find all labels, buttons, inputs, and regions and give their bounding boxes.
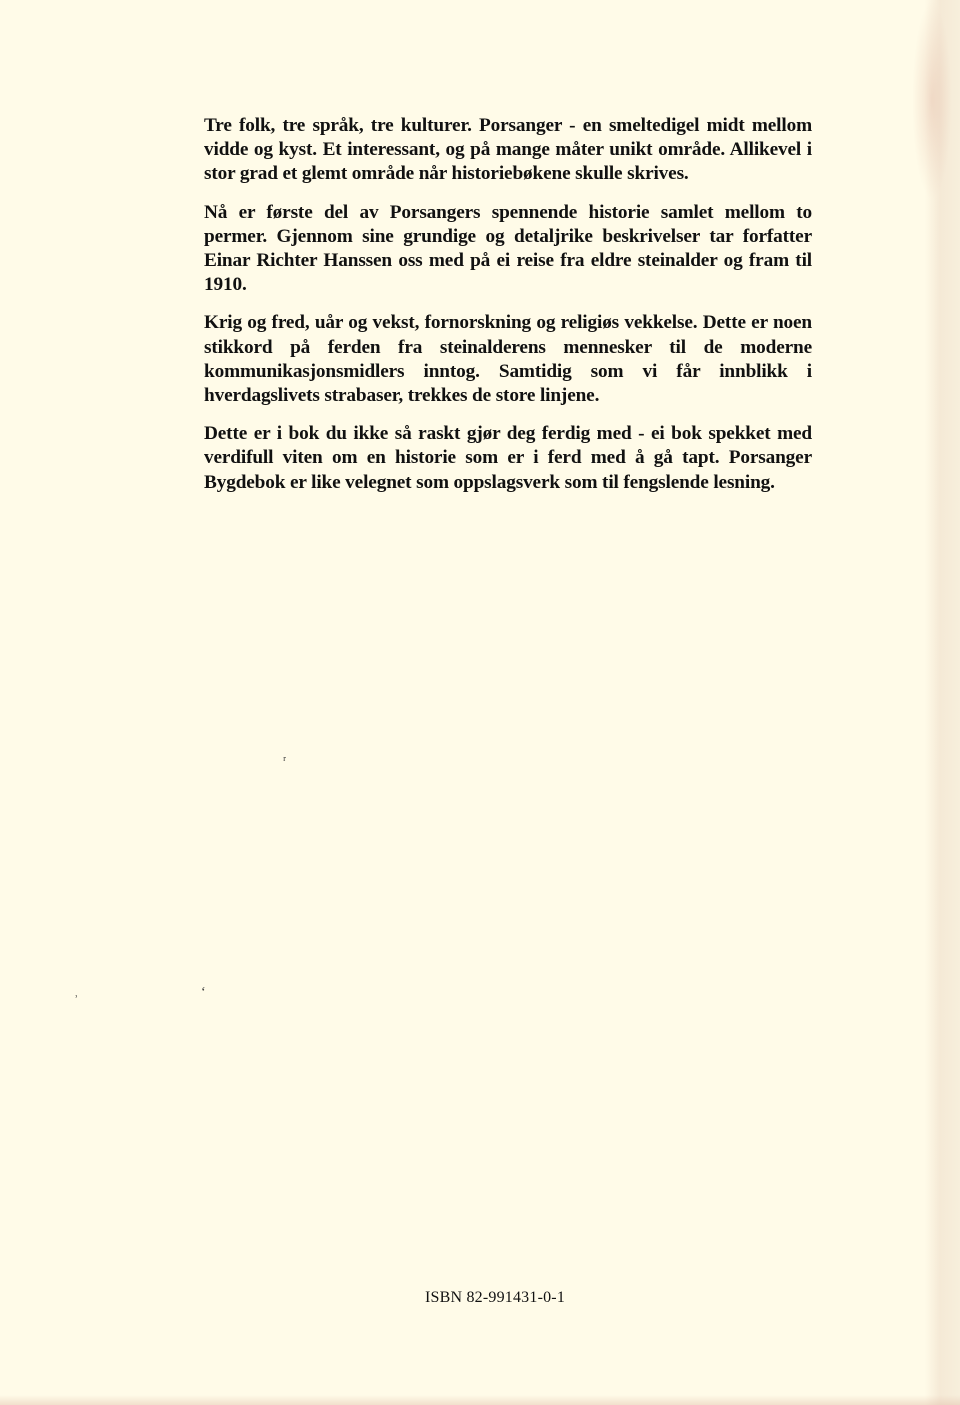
ink-speck: ʳ [283,754,286,770]
paper-edge-wear [0,1395,960,1405]
blurb-paragraph-1: Tre folk, tre språk, tre kulturer. Porsa… [204,114,812,187]
ink-speck: ʾ [74,994,79,1010]
ink-speck: ʻ [201,985,206,1001]
paper-stain [912,0,952,200]
blurb-paragraph-2: Nå er første del av Porsangers spennende… [204,201,812,298]
isbn-number: ISBN 82-991431-0-1 [425,1289,565,1307]
blurb-paragraph-3: Krig og fred, uår og vekst, fornorskning… [204,311,812,408]
cover-blurb: Tre folk, tre språk, tre kulturer. Porsa… [204,114,812,509]
blurb-paragraph-4: Dette er i bok du ikke så raskt gjør deg… [204,422,812,495]
book-back-cover: Tre folk, tre språk, tre kulturer. Porsa… [0,0,960,1405]
